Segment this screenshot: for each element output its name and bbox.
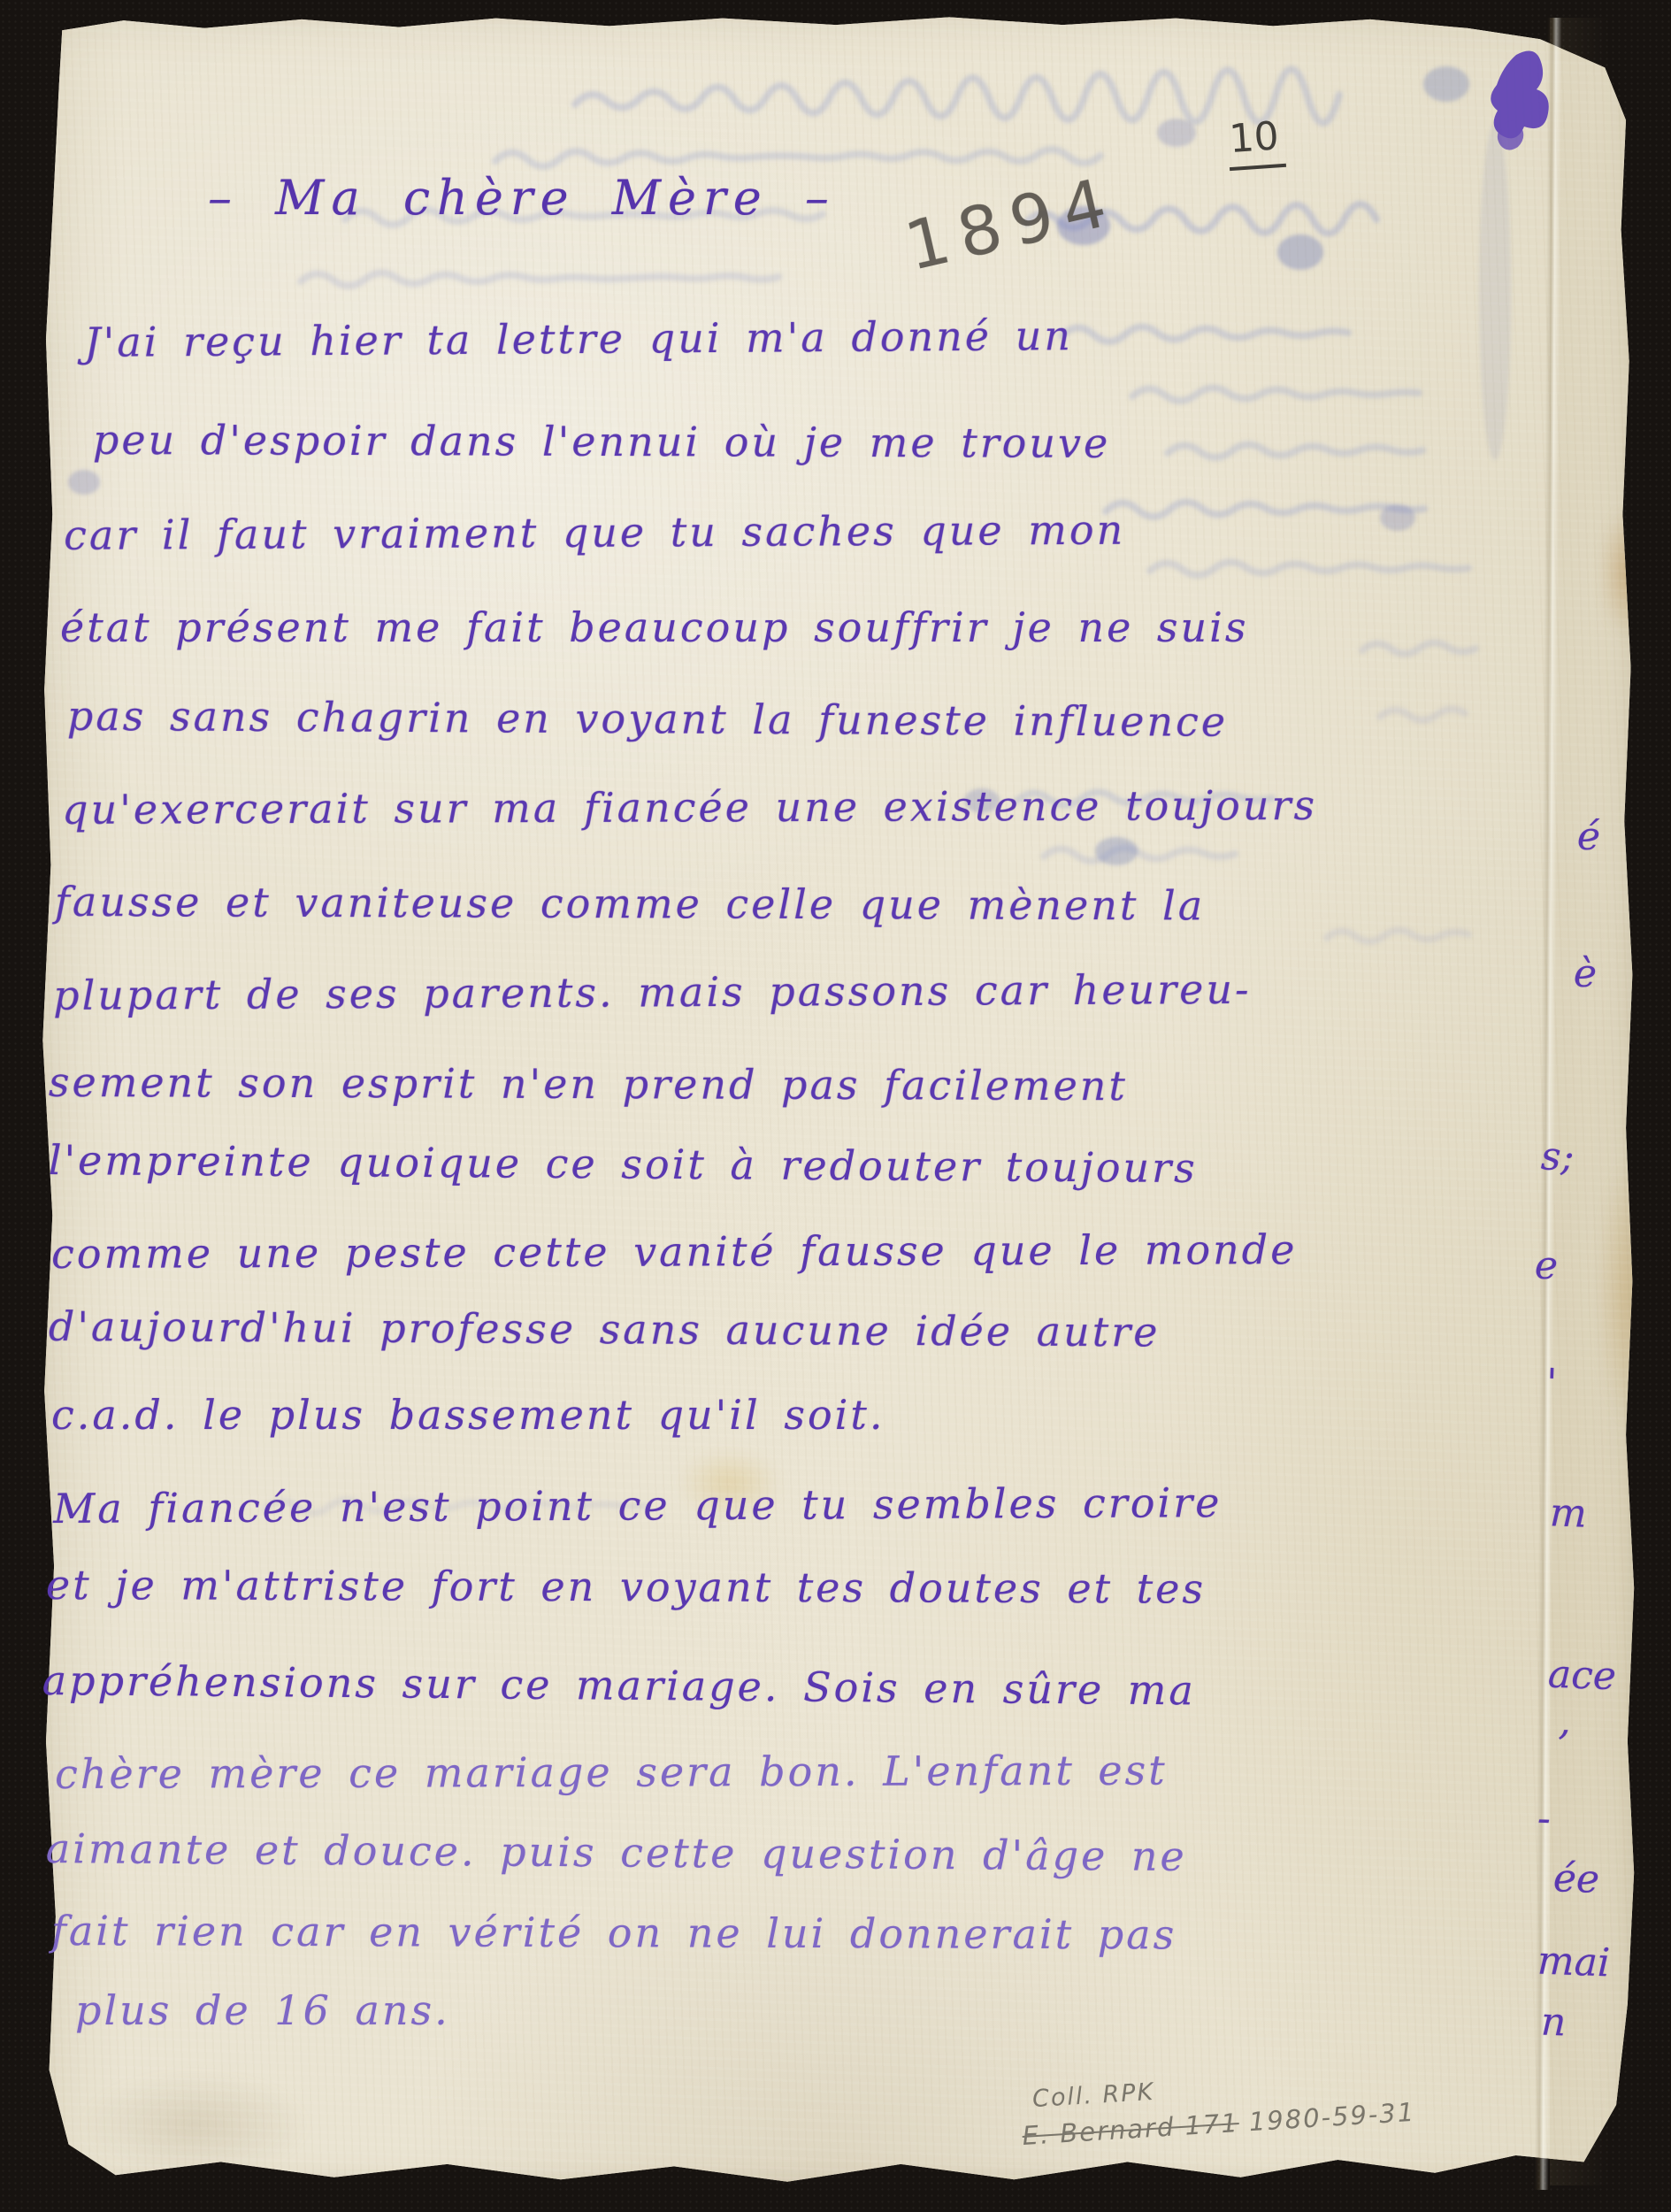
edge-fragment: ée	[1552, 1855, 1600, 1902]
letter-line: d'aujourd'hui professe sans aucune idée …	[49, 1302, 1161, 1356]
letter-line: fausse et vaniteuse comme celle que mène…	[55, 878, 1205, 930]
edge-fragment: e	[1534, 1243, 1559, 1289]
letter-line: car il faut vraiment que tu saches que m…	[64, 506, 1125, 559]
edge-fragment: '	[1545, 1361, 1558, 1406]
edge-fragment: mai	[1537, 1939, 1611, 1986]
letter-line: sement son esprit n'en prend pas facilem…	[49, 1058, 1128, 1110]
letter-line: aimante et douce. puis cette question d'…	[46, 1824, 1187, 1880]
letter-line: état présent me fait beaucoup souffrir j…	[60, 603, 1248, 651]
edge-fragment: ace	[1547, 1652, 1617, 1700]
letter-line: pas sans chagrin en voyant la funeste in…	[67, 692, 1228, 746]
edge-fragment: n	[1540, 2000, 1567, 2046]
letter-line: J'ai reçu hier ta lettre qui m'a donné u…	[84, 311, 1073, 366]
edge-fragment: ,	[1558, 1699, 1572, 1744]
letter-line: Ma fiancée n'est point ce que tu sembles…	[53, 1479, 1223, 1532]
letter-line: l'empreinte quoique ce soit à redouter t…	[49, 1136, 1198, 1192]
scan-background: – Ma chère Mère – J'ai reçu hier ta lett…	[0, 0, 1671, 2212]
page-number-annotation: 10	[1226, 113, 1286, 171]
paper-stain	[80, 2072, 310, 2178]
edge-fragment: -	[1537, 1796, 1552, 1841]
letter-line: qu'exercerait sur ma fiancée une existen…	[62, 781, 1317, 833]
letter-line: appréhensions sur ce mariage. Sois en sû…	[42, 1656, 1197, 1714]
letter-line: plus de 16 ans.	[75, 1986, 450, 2034]
letter-line: c.a.d. le plus bassement qu'il soit.	[51, 1391, 885, 1439]
letter-line: chère mère ce mariage sera bon. L'enfant…	[55, 1747, 1168, 1798]
letter-line: comme une peste cette vanité fausse que …	[51, 1225, 1298, 1278]
letter-line: plupart de ses parents. mais passons car…	[53, 965, 1252, 1019]
letter-line: peu d'espoir dans l'ennui où je me trouv…	[93, 416, 1111, 467]
letter-line: et je m'attriste fort en voyant tes dout…	[46, 1561, 1206, 1613]
letter-line: fait rien car en vérité on ne lui donner…	[51, 1907, 1177, 1958]
edge-fragment: s;	[1540, 1133, 1575, 1179]
edge-fragment: m	[1549, 1490, 1587, 1536]
edge-fragment: è	[1573, 951, 1598, 997]
salutation: – Ma chère Mère –	[208, 170, 836, 226]
edge-fragment: é	[1576, 814, 1601, 860]
